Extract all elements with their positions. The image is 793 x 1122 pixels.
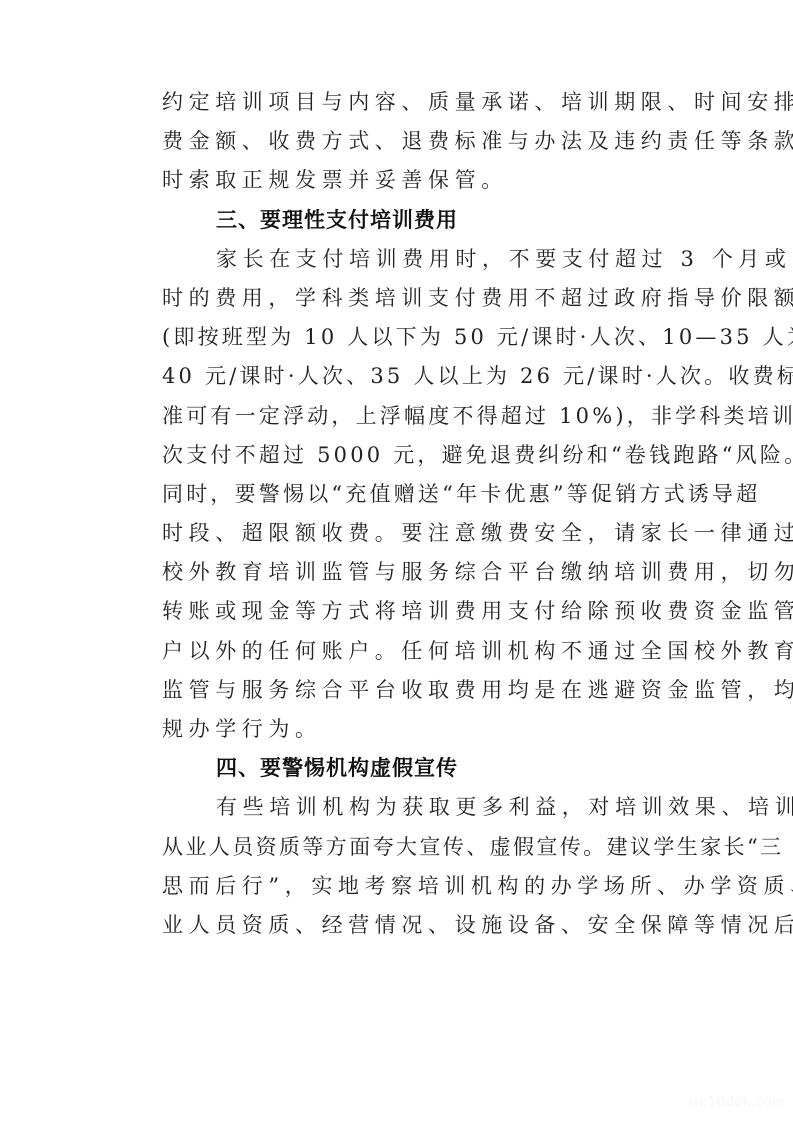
paragraph-line: 监管与服务综合平台收取费用均是在逃避资金监管，均属违	[162, 671, 707, 710]
watermark: m.1ddok.com	[689, 1094, 785, 1110]
paragraph-line: 户以外的任何账户。任何培训机构不通过全国校外教育培训	[162, 632, 707, 671]
paragraph-line: 思而后行”，实地考察培训机构的办学场所、办学资质、从	[162, 867, 707, 906]
section-heading-3: 三、要理性支付培训费用	[162, 201, 707, 240]
paragraph-line: 40 元/课时·人次、35 人以上为 26 元/课时·人次。收费标	[162, 357, 707, 396]
paragraph-line: 次支付不超过 5000 元，避免退费纠纷和“卷钱跑路“风险。	[162, 436, 707, 475]
paragraph-line: 家长在支付培训费用时，不要支付超过 3 个月或 60 课	[162, 240, 707, 279]
paragraph-line: 有些培训机构为获取更多利益，对培训效果、培训成绩、	[162, 788, 707, 827]
paragraph-line: 约定培训项目与内容、质量承诺、培训期限、时间安排、收	[162, 83, 707, 122]
paragraph-line: 校外教育培训监管与服务综合平台缴纳培训费用，切勿通过	[162, 553, 707, 592]
paragraph-line: 同时，要警惕以“充值赠送“年卡优惠”等促销方式诱导超	[162, 475, 707, 514]
paragraph-line: 时的费用，学科类培训支付费用不超过政府指导价限额标准	[162, 279, 707, 318]
document-page: 约定培训项目与内容、质量承诺、培训期限、时间安排、收 费金额、收费方式、退费标准…	[162, 83, 707, 945]
paragraph-line: 规办学行为。	[162, 710, 707, 749]
paragraph-line: 从业人员资质等方面夸大宣传、虚假宣传。建议学生家长“三	[162, 828, 707, 867]
paragraph-line: 时索取正规发票并妥善保管。	[162, 161, 707, 200]
paragraph-line: 业人员资质、经营情况、设施设备、安全保障等情况后，再	[162, 906, 707, 945]
paragraph-line: 时段、超限额收费。要注意缴费安全，请家长一律通过全国	[162, 514, 707, 553]
paragraph-line: 准可有一定浮动，上浮幅度不得超过 10%)，非学科类培训一	[162, 397, 707, 436]
paragraph-line: 费金额、收费方式、退费标准与办法及违约责任等条款，同	[162, 122, 707, 161]
paragraph-line: (即按班型为 10 人以下为 50 元/课时·人次、10—35 人为	[162, 318, 707, 357]
paragraph-line: 转账或现金等方式将培训费用支付给除预收费资金监管账	[162, 592, 707, 631]
section-heading-4: 四、要警惕机构虚假宣传	[162, 749, 707, 788]
